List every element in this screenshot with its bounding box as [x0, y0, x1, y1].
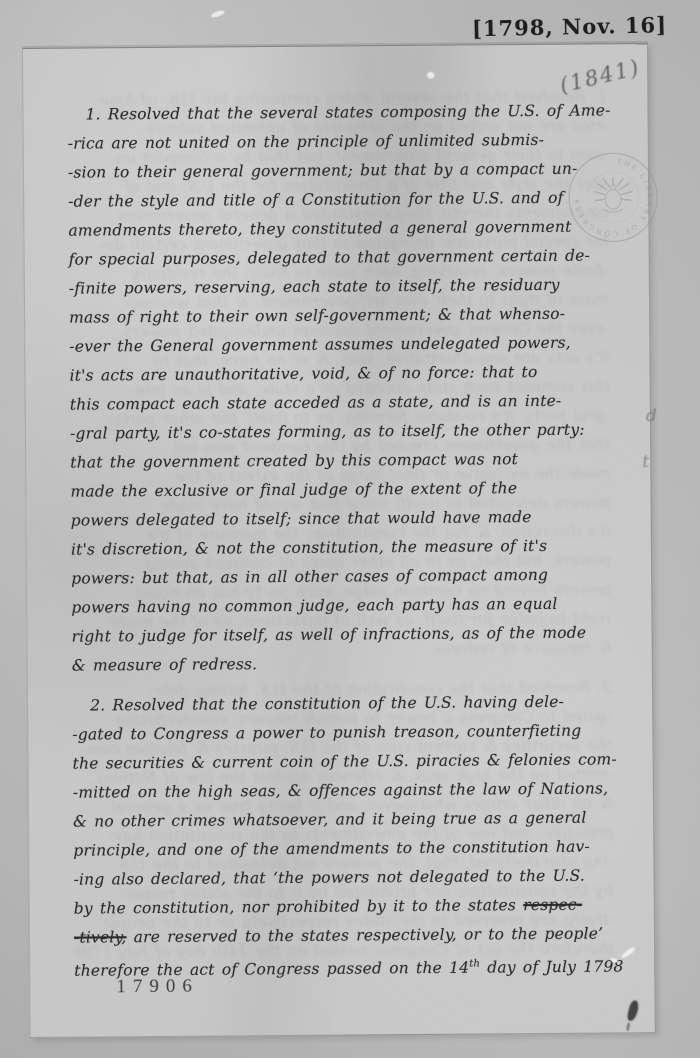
manuscript-line: powers delegated to itself; since that w…: [71, 502, 611, 535]
stray-ink-mark: t: [642, 452, 649, 472]
manuscript-text-segment: powers: but that, as in all other cases …: [71, 566, 548, 588]
manuscript-text-segment: -gral party, it's co-states forming, as …: [70, 421, 585, 443]
manuscript-line: -gral party, it's co-states forming, as …: [70, 415, 610, 448]
manuscript-text-segment: day of July 1798: [480, 957, 624, 976]
manuscript-line: -ever the General government assumes und…: [69, 328, 609, 361]
manuscript-text-segment: powers delegated to itself; since that w…: [71, 508, 532, 530]
manuscript-line: powers: but that, as in all other cases …: [71, 560, 611, 593]
manuscript-line: -gated to Congress a power to punish tre…: [72, 716, 612, 749]
manuscript-line: -sion to their general government; but t…: [68, 154, 608, 187]
manuscript-line: -tively, are reserved to the states resp…: [74, 919, 614, 952]
manuscript-text-segment: -ever the General government assumes und…: [69, 334, 571, 356]
manuscript-text-segment: by the constitution, nor prohibited by i…: [74, 896, 524, 918]
manuscript-text-segment: 2. Resolved that the constitution of the…: [90, 693, 564, 715]
manuscript-text-segment: -gated to Congress a power to punish tre…: [72, 722, 581, 744]
manuscript-text: 1. Resolved that the several states comp…: [67, 96, 614, 981]
manuscript-text-segment: mass of right to their own self-governme…: [69, 305, 565, 327]
manuscript-line: -rica are not united on the principle of…: [68, 125, 608, 158]
manuscript-line: -finite powers, reserving, each state to…: [69, 270, 609, 303]
manuscript-line: principle, and one of the amendments to …: [73, 832, 613, 865]
manuscript-text-segment: it's discretion, & not the constitution,…: [71, 537, 547, 559]
manuscript-text-segment: this compact each state acceded as a sta…: [70, 392, 562, 414]
scanned-page-background: [1798, Nov. 16] (1841) THE LIBRARY OF CO…: [0, 0, 700, 1058]
stray-ink-mark: d: [646, 406, 657, 426]
manuscript-text-segment: -ing also declared, that ‘the powers not…: [73, 867, 585, 889]
manuscript-text-segment: 1. Resolved that the several states comp…: [85, 101, 610, 123]
manuscript-text-segment: for special purposes, delegated to that …: [69, 247, 591, 269]
manuscript-text-segment: are reserved to the states respectively,…: [126, 924, 603, 946]
manuscript-line: for special purposes, delegated to that …: [69, 241, 609, 274]
archival-date-annotation: [1798, Nov. 16]: [472, 12, 692, 42]
ink-blot-tail: [626, 1022, 630, 1031]
manuscript-line: & measure of redress.: [72, 647, 612, 680]
struck-word: respec-: [523, 896, 582, 914]
manuscript-text-segment: & no other crimes whatsoever, and it bei…: [73, 809, 587, 831]
paper-scratch-mark: [210, 9, 225, 19]
manuscript-line: 2. Resolved that the constitution of the…: [72, 687, 612, 720]
paper-scratch-mark: [426, 70, 436, 80]
manuscript-line: powers having no common judge, each part…: [71, 589, 611, 622]
struck-word: -tively,: [74, 928, 127, 946]
manuscript-line: it's discretion, & not the constitution,…: [71, 531, 611, 564]
manuscript-text-segment: principle, and one of the amendments to …: [73, 838, 590, 860]
manuscript-text-segment: powers having no common judge, each part…: [71, 595, 557, 617]
manuscript-line: made the exclusive or final judge of the…: [70, 473, 610, 506]
manuscript-line: this compact each state acceded as a sta…: [70, 386, 610, 419]
manuscript-text-segment: -sion to their general government; but t…: [68, 160, 578, 182]
manuscript-text-segment: the securities & current coin of the U.S…: [73, 750, 617, 772]
manuscript-page: (1841) THE LIBRARY OF CONGRESS 1. Resolv…: [22, 43, 656, 1038]
manuscript-line: by the constitution, nor prohibited by i…: [74, 890, 614, 923]
accession-number-stamp: 17906: [116, 976, 199, 999]
manuscript-text-segment: th: [469, 958, 480, 969]
manuscript-text-segment: amendments thereto, they constituted a g…: [68, 218, 571, 240]
manuscript-line: right to judge for itself, as well of in…: [72, 618, 612, 651]
manuscript-line: the securities & current coin of the U.S…: [73, 745, 613, 778]
manuscript-line: -mitted on the high seas, & offences aga…: [73, 774, 613, 807]
manuscript-line: & no other crimes whatsoever, and it bei…: [73, 803, 613, 836]
ink-blot: [626, 999, 640, 1022]
manuscript-line: that the government created by this comp…: [70, 444, 610, 477]
paper-scratch-mark: [620, 946, 636, 959]
manuscript-text-segment: it's acts are unauthoritative, void, & o…: [70, 363, 538, 385]
manuscript-text-segment: that the government created by this comp…: [70, 450, 518, 472]
manuscript-line: 1. Resolved that the several states comp…: [67, 96, 607, 129]
manuscript-line: mass of right to their own self-governme…: [69, 299, 609, 332]
manuscript-line: -der the style and title of a Constituti…: [68, 183, 608, 216]
manuscript-text-segment: -mitted on the high seas, & offences aga…: [73, 779, 609, 801]
manuscript-line: -ing also declared, that ‘the powers not…: [73, 861, 613, 894]
manuscript-text-segment: -rica are not united on the principle of…: [68, 131, 545, 153]
manuscript-text-segment: made the exclusive or final judge of the…: [70, 479, 517, 501]
manuscript-text-segment: & measure of redress.: [72, 655, 258, 674]
manuscript-text-segment: right to judge for itself, as well of in…: [72, 624, 587, 646]
manuscript-text-segment: -finite powers, reserving, each state to…: [69, 276, 560, 298]
manuscript-text-segment: -der the style and title of a Constituti…: [68, 189, 564, 211]
manuscript-line: it's acts are unauthoritative, void, & o…: [69, 357, 609, 390]
manuscript-line: amendments thereto, they constituted a g…: [68, 212, 608, 245]
